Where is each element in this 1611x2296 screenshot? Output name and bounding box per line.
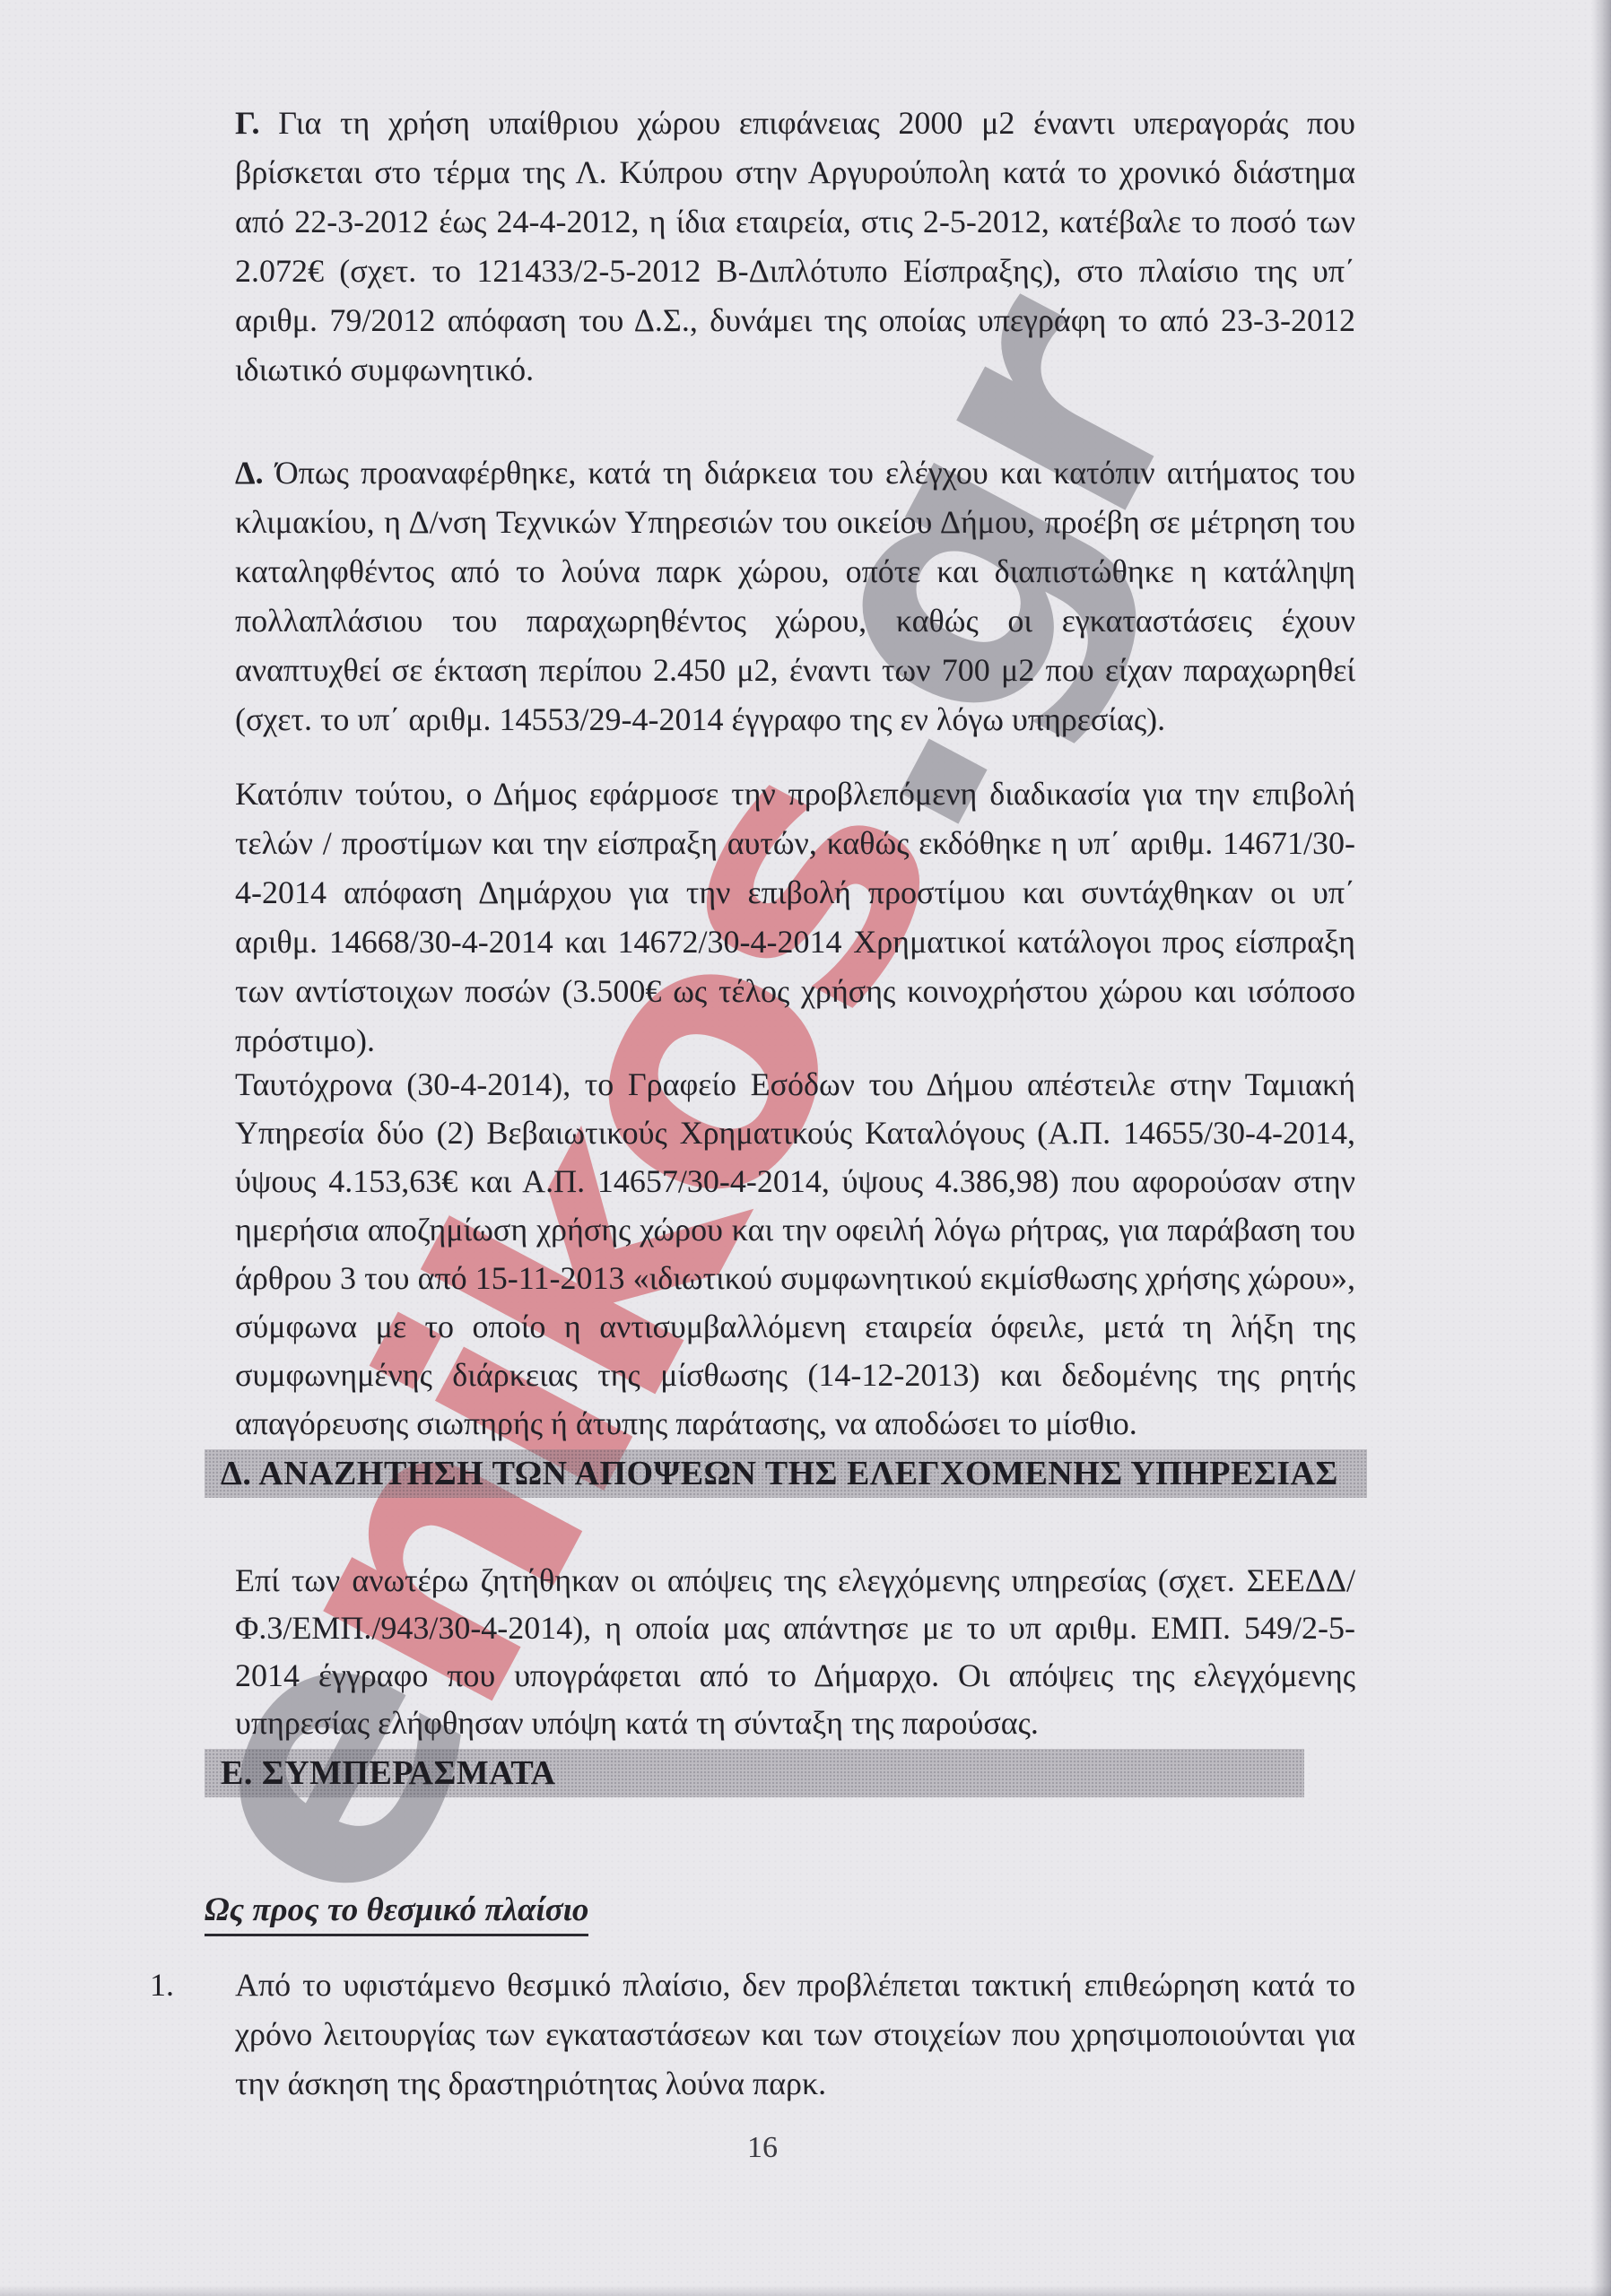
page-number: 16 bbox=[179, 2131, 1345, 2165]
section-heading-d-text: Δ. ΑΝΑΖΗΤΗΣΗ ΤΩΝ ΑΠΟΨΕΩΝ ΤΗΣ ΕΛΕΓΧΟΜΕΝΗΣ… bbox=[221, 1454, 1338, 1493]
paragraph-delta-text: Όπως προαναφέρθηκε, κατά τη διάρκεια του… bbox=[235, 455, 1355, 737]
document-body: Γ. Για τη χρήση υπαίθριου χώρου επιφάνει… bbox=[0, 0, 1611, 2296]
paragraph-opinions: Επί των ανωτέρω ζητήθηκαν οι απόψεις της… bbox=[235, 1557, 1355, 1747]
paragraph-revenue-office-text: Ταυτόχρονα (30-4-2014), το Γραφείο Εσόδω… bbox=[235, 1066, 1355, 1441]
paragraph-revenue-office: Ταυτόχρονα (30-4-2014), το Γραφείο Εσόδω… bbox=[235, 1060, 1355, 1448]
paragraph-gamma: Γ. Για τη χρήση υπαίθριου χώρου επιφάνει… bbox=[235, 99, 1355, 395]
section-heading-e-text: Ε. ΣΥΜΠΕΡΑΣΜΑΤΑ bbox=[221, 1753, 556, 1793]
paragraph-delta-lead: Δ. bbox=[235, 455, 264, 491]
paragraph-opinions-text: Επί των ανωτέρω ζητήθηκαν οι απόψεις της… bbox=[235, 1562, 1355, 1741]
paragraph-gamma-text: Για τη χρήση υπαίθριου χώρου επιφάνειας … bbox=[235, 105, 1355, 387]
scanned-document-page: enikos.gr Γ. Για τη χρήση υπαίθριου χώρο… bbox=[0, 0, 1611, 2296]
paragraph-fees: Κατόπιν τούτου, ο Δήμος εφάρμοσε την προ… bbox=[235, 770, 1355, 1065]
paragraph-delta: Δ. Όπως προαναφέρθηκε, κατά τη διάρκεια … bbox=[235, 448, 1355, 744]
scan-edge-right bbox=[1591, 0, 1611, 2296]
section-heading-e: Ε. ΣΥΜΠΕΡΑΣΜΑΤΑ bbox=[205, 1749, 1304, 1797]
subsection-heading-institutional: Ως προς το θεσμικό πλαίσιο bbox=[205, 1891, 588, 1936]
conclusion-list-item-1-marker: 1. bbox=[150, 1961, 174, 2010]
conclusion-list-item-1: 1. Από το υφιστάμενο θεσμικό πλαίσιο, δε… bbox=[150, 1961, 1355, 2109]
subsection-heading-institutional-text: Ως προς το θεσμικό πλαίσιο bbox=[205, 1892, 588, 1928]
paragraph-gamma-lead: Γ. bbox=[235, 105, 260, 141]
paragraph-fees-text: Κατόπιν τούτου, ο Δήμος εφάρμοσε την προ… bbox=[235, 776, 1355, 1058]
scan-edge-bottom bbox=[0, 2285, 1611, 2296]
section-heading-d: Δ. ΑΝΑΖΗΤΗΣΗ ΤΩΝ ΑΠΟΨΕΩΝ ΤΗΣ ΕΛΕΓΧΟΜΕΝΗΣ… bbox=[205, 1449, 1367, 1498]
conclusion-list-item-1-text: Από το υφιστάμενο θεσμικό πλαίσιο, δεν π… bbox=[235, 1961, 1355, 2109]
